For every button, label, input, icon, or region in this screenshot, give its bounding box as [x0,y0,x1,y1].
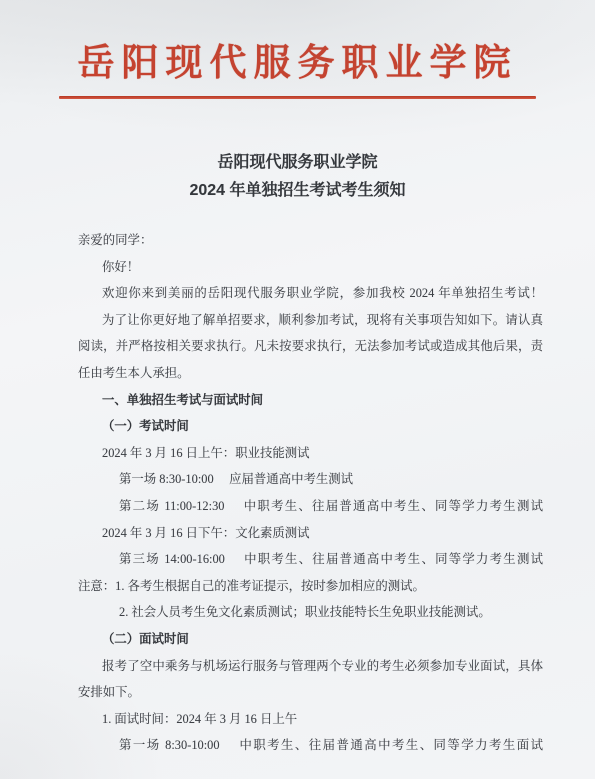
body-line: 第三场 14:00-16:00 中职考生、往届普通高中考生、同等学力考生测试 [78,546,543,573]
masthead-divider [59,96,536,99]
document-page: 岳阳现代服务职业学院 岳阳现代服务职业学院 2024 年单独招生考试考生须知 亲… [0,0,595,779]
masthead-header: 岳阳现代服务职业学院 [0,0,595,99]
body-line: 一、单独招生考试与面试时间 [78,387,543,414]
school-masthead: 岳阳现代服务职业学院 [0,0,595,83]
body-line: 欢迎你来到美丽的岳阳现代服务职业学院，参加我校 2024 年单独招生考试！ [78,280,543,307]
body-line: 亲爱的同学： [78,227,543,254]
body-line: 任由考生本人承担。 [78,360,543,387]
body-line: 1. 面试时间：2024 年 3 月 16 日上午 [78,706,543,733]
body-line: 第一场 8:30-10:00 应届普通高中考生测试 [78,466,543,493]
body-line: 为了让你更好地了解单招要求，顺利参加考试，现将有关事项告知如下。请认真 [78,307,543,334]
body-line: 你好！ [78,254,543,281]
doc-title-line1: 岳阳现代服务职业学院 [0,149,595,177]
body-line: 2024 年 3 月 16 日下午：文化素质测试 [78,520,543,547]
body-line: 第一场 8:30-10:00 中职考生、往届普通高中考生、同等学力考生面试 [78,732,543,759]
document-title: 岳阳现代服务职业学院 2024 年单独招生考试考生须知 [0,149,595,205]
body-line: 阅读，并严格按相关要求执行。凡未按要求执行，无法参加考试或造成其他后果，责 [78,333,543,360]
body-line: 2. 社会人员考生免文化素质测试；职业技能特长生免职业技能测试。 [78,599,543,626]
body-line: 报考了空中乘务与机场运行服务与管理两个专业的考生必须参加专业面试，具体 [78,653,543,680]
body-line: （一）考试时间 [78,413,543,440]
body-line: 安排如下。 [78,679,543,706]
body-line: 注意：1. 各考生根据自己的准考证提示，按时参加相应的测试。 [78,573,543,600]
body-line: 第二场 11:00-12:30 中职考生、往届普通高中考生、同等学力考生测试 [78,493,543,520]
body-line: 2024 年 3 月 16 日上午：职业技能测试 [78,440,543,467]
doc-title-line2: 2024 年单独招生考试考生须知 [0,177,595,205]
body-line: （二）面试时间 [78,626,543,653]
body-text: 亲爱的同学：你好！欢迎你来到美丽的岳阳现代服务职业学院，参加我校 2024 年单… [0,227,595,759]
